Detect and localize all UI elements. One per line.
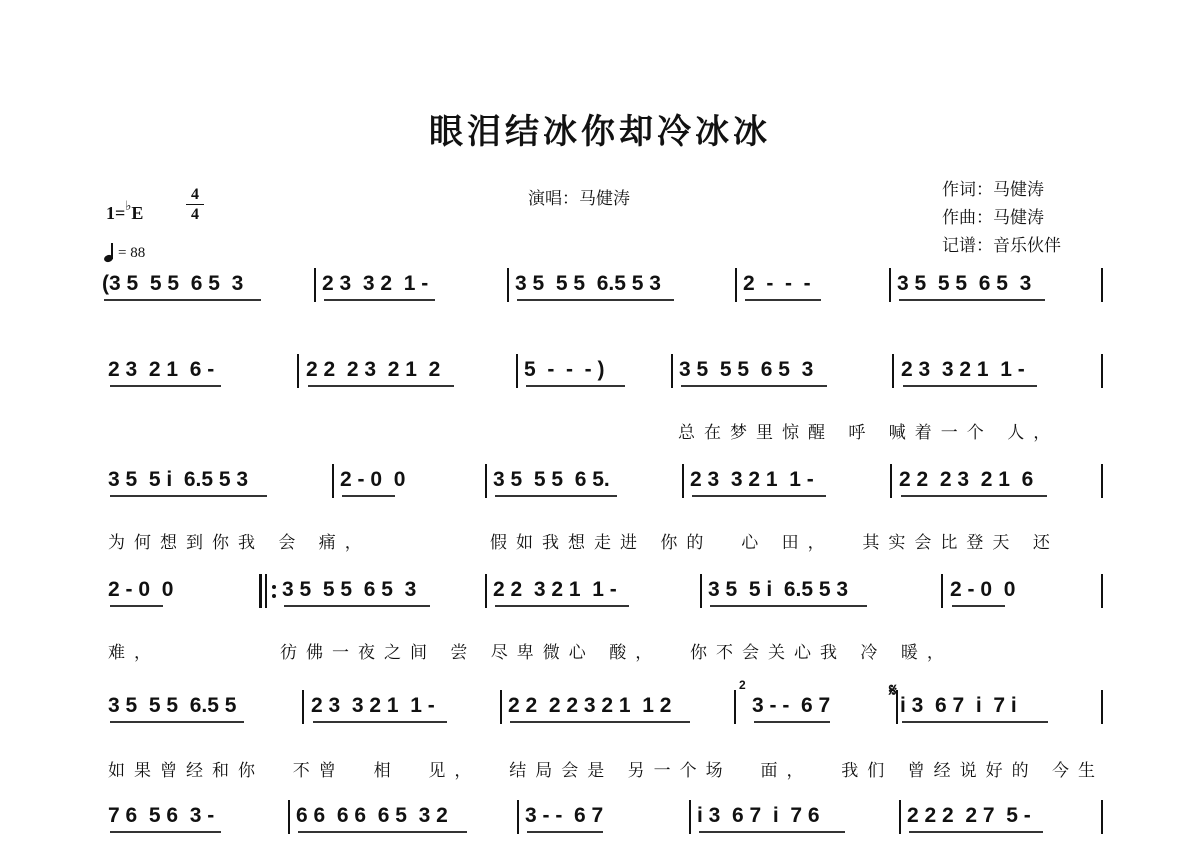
barline — [892, 354, 894, 388]
measure: 2 3 3 2 1 - — [322, 272, 428, 302]
barline — [700, 574, 702, 608]
measure: 3 5 5 5 6.5 5 3 — [515, 272, 661, 302]
measure: 5 - - - ) — [524, 358, 605, 388]
barline — [941, 574, 943, 608]
beam-underline — [699, 831, 845, 833]
measure: 2 3 3 2 1 1 - — [901, 358, 1025, 388]
barline — [314, 268, 316, 302]
measure: 2 2 2 2 7 5 - — [907, 804, 1031, 834]
barline — [689, 800, 691, 834]
beam-underline — [110, 495, 267, 497]
beam-underline — [284, 605, 430, 607]
barline — [297, 354, 299, 388]
beam-underline — [745, 299, 821, 301]
lyric-line: 总在梦里惊醒 呼 喊着一个 人， — [678, 418, 1059, 443]
measure: 2 2 2 3 2 1 6 — [899, 468, 1033, 498]
repeat-start-barline — [259, 574, 271, 608]
measure: 3 5 5 5 6 5 3 — [679, 358, 813, 388]
barline — [517, 800, 519, 834]
beam-underline — [952, 605, 1005, 607]
key-prefix: 1= — [106, 203, 125, 223]
time-signature-top: 4 — [186, 186, 204, 203]
composer-credit: 作曲：马健涛 — [942, 204, 1061, 232]
measure: 3 5 5 5 6 5 3 — [897, 272, 1031, 302]
beam-underline — [527, 831, 603, 833]
tempo-value: = 88 — [118, 245, 145, 262]
beam-underline — [110, 721, 244, 723]
barline — [302, 690, 304, 724]
barline — [889, 268, 891, 302]
measure: 2 2 2 2 3 2 1 1 2 — [508, 694, 671, 724]
beam-underline — [754, 721, 830, 723]
beam-underline — [899, 299, 1045, 301]
barline — [288, 800, 290, 834]
quarter-note-icon — [104, 244, 114, 262]
barline — [735, 268, 737, 302]
beam-underline — [110, 831, 221, 833]
measure: i 3 6 7 i 7 6 — [697, 804, 820, 834]
beam-underline — [692, 495, 826, 497]
barline — [1101, 690, 1103, 724]
measure: 6 6 6 6 6 5 3 2 — [296, 804, 448, 834]
measure: i 3 6 7 i 7 i — [900, 694, 1017, 724]
volta-marker: 2 — [739, 680, 746, 691]
lyric-line: 为何想到你我 会 痛， — [108, 528, 371, 553]
barline — [899, 800, 901, 834]
measure: 2 2 2 3 2 1 2 — [306, 358, 440, 388]
measure: 2 - 0 0 — [950, 578, 1015, 608]
measure: 2 3 2 1 6 - — [108, 358, 214, 388]
time-signature-divider — [186, 204, 204, 205]
measure: 2 - - - — [743, 272, 811, 302]
song-title: 眼泪结冰你却冷冰冰 — [0, 104, 1200, 153]
measure: 3 - - 6 7 — [752, 694, 830, 724]
barline — [332, 464, 334, 498]
beam-underline — [110, 385, 221, 387]
measure: 2 - 0 0 — [340, 468, 405, 498]
beam-underline — [110, 605, 163, 607]
time-signature: 4 4 — [186, 186, 204, 223]
singer-credit: 演唱：马健涛 — [528, 184, 630, 209]
measure: (3 5 5 5 6 5 3 — [102, 272, 243, 302]
beam-underline — [517, 299, 674, 301]
beam-underline — [342, 495, 395, 497]
beam-underline — [104, 299, 261, 301]
segno-icon: 𝄋 — [889, 680, 897, 701]
beam-underline — [495, 495, 617, 497]
lyric-line: 彷佛一夜之间 尝 尽卑微心 酸， 你不会关心我 冷 暖， — [280, 638, 953, 663]
barline — [734, 690, 736, 724]
key-note: E — [131, 203, 143, 223]
barline — [485, 464, 487, 498]
measure: 3 5 5 5 6 5. — [493, 468, 610, 498]
barline — [890, 464, 892, 498]
lyric-line: 如果曾经和你 不曾 相 见， 结局会是 另一个场 面， 我们 曾经说好的 今生 — [108, 756, 1104, 781]
repeat-dot — [272, 594, 276, 598]
lyricist-credit: 作词：马健涛 — [942, 176, 1061, 204]
measure: 3 - - 6 7 — [525, 804, 603, 834]
barline — [1101, 800, 1103, 834]
barline — [507, 268, 509, 302]
beam-underline — [495, 605, 629, 607]
beam-underline — [901, 495, 1047, 497]
barline — [516, 354, 518, 388]
tempo-marking: = 88 — [104, 244, 145, 262]
barline — [485, 574, 487, 608]
measure: 3 5 5 i 6.5 5 3 — [708, 578, 848, 608]
measure: 2 - 0 0 — [108, 578, 173, 608]
barline — [682, 464, 684, 498]
measure: 3 5 5 i 6.5 5 3 — [108, 468, 248, 498]
measure: 7 6 5 6 3 - — [108, 804, 214, 834]
time-signature-bottom: 4 — [186, 206, 204, 223]
beam-underline — [902, 721, 1048, 723]
beam-underline — [710, 605, 867, 607]
barline — [1101, 268, 1103, 302]
barline — [1101, 464, 1103, 498]
barline — [500, 690, 502, 724]
transcriber-credit: 记谱：音乐伙伴 — [942, 232, 1061, 260]
barline — [1101, 354, 1103, 388]
measure: 2 3 3 2 1 1 - — [311, 694, 435, 724]
beam-underline — [903, 385, 1037, 387]
beam-underline — [526, 385, 625, 387]
measure: 3 5 5 5 6.5 5 — [108, 694, 236, 724]
repeat-dot — [272, 585, 276, 589]
beam-underline — [298, 831, 467, 833]
beam-underline — [909, 831, 1043, 833]
key-signature: 1=♭E — [106, 198, 143, 224]
beam-underline — [313, 721, 447, 723]
barline — [671, 354, 673, 388]
lyric-line: 假如我想走进 你的 心 田， 其实会比登天 还 — [490, 528, 1059, 553]
barline — [1101, 574, 1103, 608]
measure: 3 5 5 5 6 5 3 — [282, 578, 416, 608]
measure: 2 3 3 2 1 1 - — [690, 468, 814, 498]
lyric-line: 难， — [108, 638, 160, 663]
credits-block: 作词：马健涛 作曲：马健涛 记谱：音乐伙伴 — [942, 176, 1061, 260]
beam-underline — [308, 385, 454, 387]
beam-underline — [324, 299, 435, 301]
beam-underline — [510, 721, 690, 723]
measure: 2 2 3 2 1 1 - — [493, 578, 617, 608]
beam-underline — [681, 385, 827, 387]
